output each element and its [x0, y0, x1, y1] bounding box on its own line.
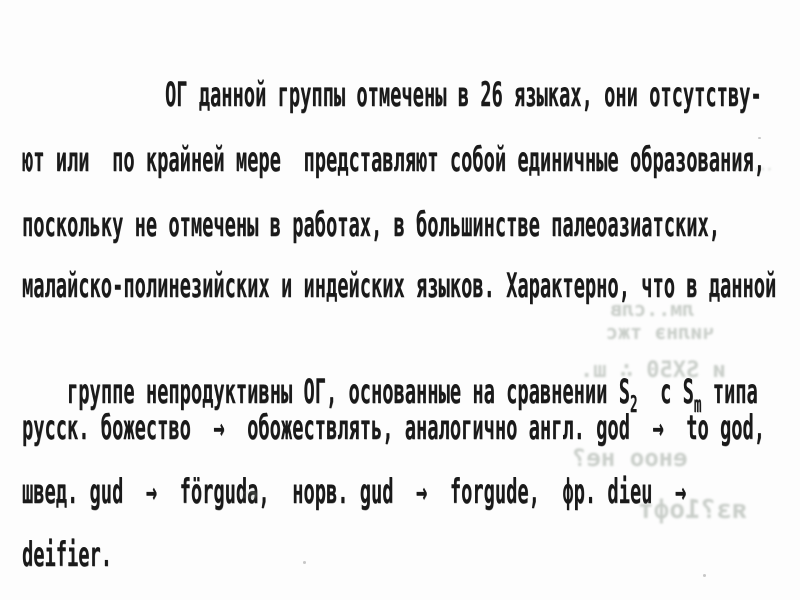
- paper-speck: [303, 561, 306, 564]
- scanned-document-page: ОГ данной группы отмечены в 26 языках, о…: [0, 0, 800, 600]
- text-line: швед. gud → förguda, норв. gud → forgude…: [22, 475, 686, 509]
- bleed-through-text: чилнэ тжс: [606, 320, 714, 344]
- bleed-through-text: ⇒: [240, 476, 258, 511]
- bleed-through-text: яз?1офт: [638, 495, 748, 525]
- text-line: ОГ данной группы отмечены в 26 языках, о…: [165, 78, 762, 112]
- bleed-through-text: и SX50 ∴ ш.: [580, 358, 726, 383]
- bleed-through-text: · ····: [733, 163, 773, 176]
- text-line: deifier.: [22, 538, 112, 572]
- text-segment: группе непродуктивны ОГ, основанные на с…: [67, 372, 630, 412]
- paper-speck: [703, 574, 706, 577]
- text-line: русск. божество → обожествлять, аналогич…: [22, 411, 765, 445]
- text-line: поскольку не отмечены в работах, в больш…: [22, 208, 720, 242]
- paper-speck: [758, 137, 761, 139]
- bleed-through-text: лм..слв: [610, 297, 694, 321]
- text-line: ют или по крайней мере представляют собо…: [22, 143, 765, 177]
- bleed-through-text: еноо не?: [572, 444, 688, 472]
